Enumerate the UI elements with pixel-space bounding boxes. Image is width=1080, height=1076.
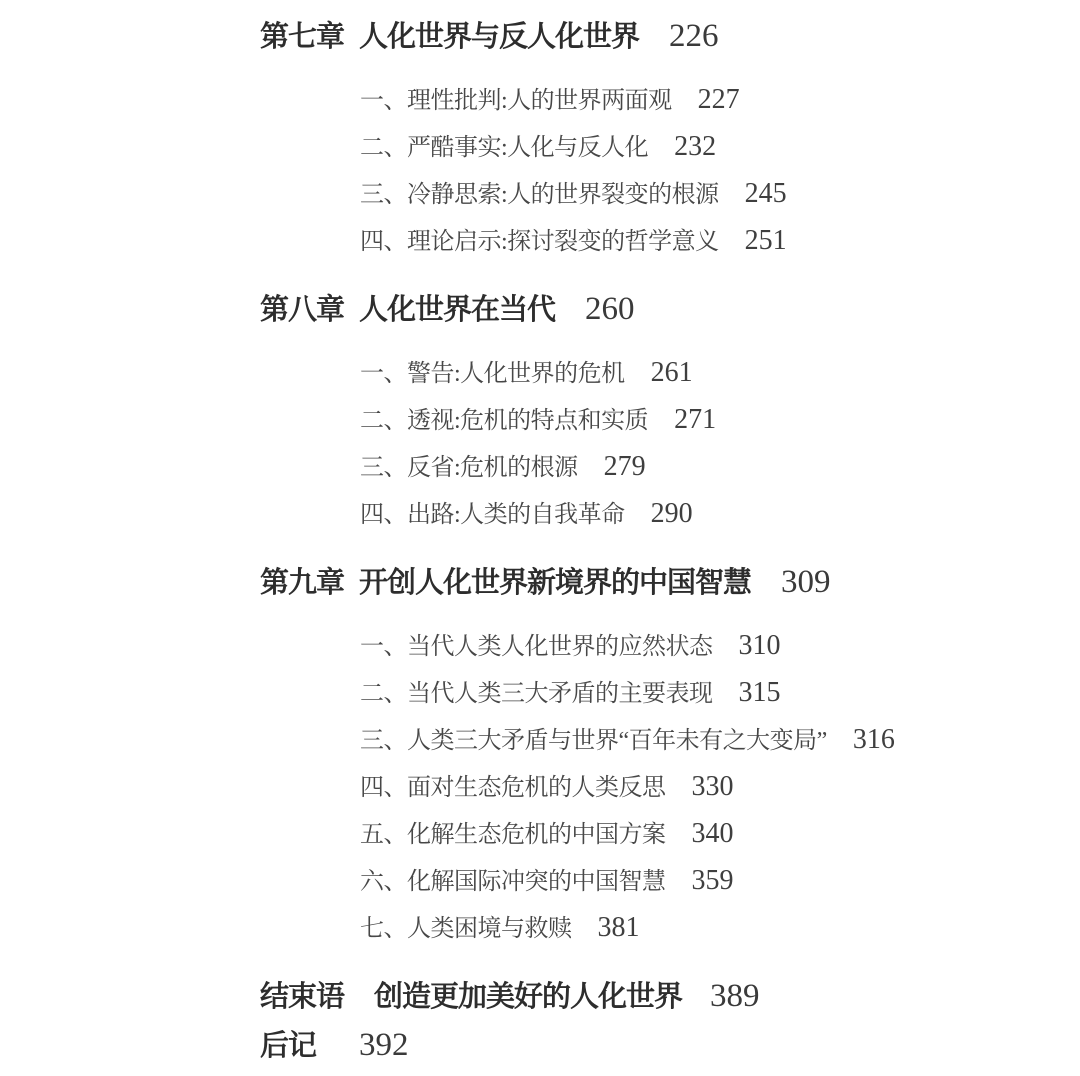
item-number: 二、 <box>360 681 407 707</box>
chapter-item-list: 一、警告:人化世界的危机261二、透视:危机的特点和实质271三、反省:危机的根… <box>360 350 1040 538</box>
chapter-title: 人化世界在当代 <box>359 294 555 326</box>
chapter-label: 第九章 <box>260 567 344 599</box>
toc-item: 四、理论启示:探讨裂变的哲学意义251 <box>360 218 1040 265</box>
item-title: 人类三大矛盾与世界“百年未有之大变局” <box>407 728 827 754</box>
item-number: 四、 <box>360 502 407 528</box>
toc-item: 三、人类三大矛盾与世界“百年未有之大变局”316 <box>360 717 1040 764</box>
item-number: 三、 <box>360 182 407 208</box>
item-number: 三、 <box>360 728 407 754</box>
item-number: 六、 <box>360 869 407 895</box>
item-title: 当代人类人化世界的应然状态 <box>407 634 713 660</box>
chapter-page-number: 260 <box>585 291 635 327</box>
toc-footer: 结束语创造更加美好的人化世界389后记392 <box>260 972 1040 1070</box>
toc-item: 一、警告:人化世界的危机261 <box>360 350 1040 397</box>
toc-page: 第七章人化世界与反人化世界226一、理性批判:人的世界两面观227二、严酷事实:… <box>0 0 1080 1076</box>
chapter-page-number: 226 <box>669 18 719 54</box>
item-title: 当代人类三大矛盾的主要表现 <box>407 681 713 707</box>
item-page-number: 290 <box>651 498 693 529</box>
item-number: 一、 <box>360 88 407 114</box>
item-number: 四、 <box>360 775 407 801</box>
item-title: 冷静思索:人的世界裂变的根源 <box>407 182 719 208</box>
item-page-number: 359 <box>692 865 734 896</box>
toc-item: 一、当代人类人化世界的应然状态310 <box>360 623 1040 670</box>
item-title: 出路:人类的自我革命 <box>407 502 625 528</box>
item-page-number: 340 <box>692 818 734 849</box>
item-number: 七、 <box>360 916 407 942</box>
item-title: 面对生态危机的人类反思 <box>407 775 666 801</box>
item-page-number: 279 <box>604 451 646 482</box>
toc-sections: 第七章人化世界与反人化世界226一、理性批判:人的世界两面观227二、严酷事实:… <box>260 12 1040 952</box>
chapter-item-list: 一、理性批判:人的世界两面观227二、严酷事实:人化与反人化232三、冷静思索:… <box>360 77 1040 265</box>
item-page-number: 245 <box>745 178 787 209</box>
item-number: 一、 <box>360 361 407 387</box>
toc-item: 五、化解生态危机的中国方案340 <box>360 811 1040 858</box>
chapter-title: 人化世界与反人化世界 <box>359 21 639 53</box>
item-page-number: 251 <box>745 225 787 256</box>
item-number: 四、 <box>360 229 407 255</box>
footer-page-number: 389 <box>710 978 760 1014</box>
toc-item: 四、面对生态危机的人类反思330 <box>360 764 1040 811</box>
toc-item: 二、当代人类三大矛盾的主要表现315 <box>360 670 1040 717</box>
item-title: 理性批判:人的世界两面观 <box>407 88 672 114</box>
toc-item: 二、透视:危机的特点和实质271 <box>360 397 1040 444</box>
footer-entry: 后记392 <box>260 1021 1040 1070</box>
toc-item: 六、化解国际冲突的中国智慧359 <box>360 858 1040 905</box>
toc-item: 二、严酷事实:人化与反人化232 <box>360 124 1040 171</box>
item-title: 警告:人化世界的危机 <box>407 361 625 387</box>
item-title: 透视:危机的特点和实质 <box>407 408 648 434</box>
item-number: 二、 <box>360 135 407 161</box>
item-number: 三、 <box>360 455 407 481</box>
toc-item: 一、理性批判:人的世界两面观227 <box>360 77 1040 124</box>
footer-label: 结束语 <box>260 981 344 1013</box>
chapter-label: 第八章 <box>260 294 344 326</box>
item-title: 人类困境与救赎 <box>407 916 572 942</box>
chapter-label: 第七章 <box>260 21 344 53</box>
chapter-heading: 第七章人化世界与反人化世界226 <box>260 12 1040 61</box>
footer-page-number: 392 <box>359 1027 409 1063</box>
toc-item: 四、出路:人类的自我革命290 <box>360 491 1040 538</box>
item-page-number: 316 <box>853 724 895 755</box>
item-title: 反省:危机的根源 <box>407 455 578 481</box>
chapter-item-list: 一、当代人类人化世界的应然状态310二、当代人类三大矛盾的主要表现315三、人类… <box>360 623 1040 952</box>
item-page-number: 271 <box>674 404 716 435</box>
footer-entry: 结束语创造更加美好的人化世界389 <box>260 972 1040 1021</box>
footer-title: 创造更加美好的人化世界 <box>374 981 682 1013</box>
item-page-number: 330 <box>692 771 734 802</box>
chapter-section: 第八章人化世界在当代260一、警告:人化世界的危机261二、透视:危机的特点和实… <box>260 285 1040 538</box>
item-number: 一、 <box>360 634 407 660</box>
item-number: 五、 <box>360 822 407 848</box>
item-page-number: 381 <box>598 912 640 943</box>
chapter-heading: 第九章开创人化世界新境界的中国智慧309 <box>260 558 1040 607</box>
toc-item: 七、人类困境与救赎381 <box>360 905 1040 952</box>
item-title: 化解国际冲突的中国智慧 <box>407 869 666 895</box>
chapter-heading: 第八章人化世界在当代260 <box>260 285 1040 334</box>
item-page-number: 310 <box>739 630 781 661</box>
chapter-section: 第九章开创人化世界新境界的中国智慧309一、当代人类人化世界的应然状态310二、… <box>260 558 1040 952</box>
chapter-title: 开创人化世界新境界的中国智慧 <box>359 567 751 599</box>
footer-label: 后记 <box>260 1030 316 1062</box>
toc-item: 三、反省:危机的根源279 <box>360 444 1040 491</box>
toc-item: 三、冷静思索:人的世界裂变的根源245 <box>360 171 1040 218</box>
item-page-number: 232 <box>674 131 716 162</box>
item-page-number: 227 <box>698 84 740 115</box>
chapter-page-number: 309 <box>781 564 831 600</box>
item-title: 化解生态危机的中国方案 <box>407 822 666 848</box>
item-number: 二、 <box>360 408 407 434</box>
item-title: 严酷事实:人化与反人化 <box>407 135 648 161</box>
chapter-section: 第七章人化世界与反人化世界226一、理性批判:人的世界两面观227二、严酷事实:… <box>260 12 1040 265</box>
item-page-number: 261 <box>651 357 693 388</box>
item-page-number: 315 <box>739 677 781 708</box>
item-title: 理论启示:探讨裂变的哲学意义 <box>407 229 719 255</box>
